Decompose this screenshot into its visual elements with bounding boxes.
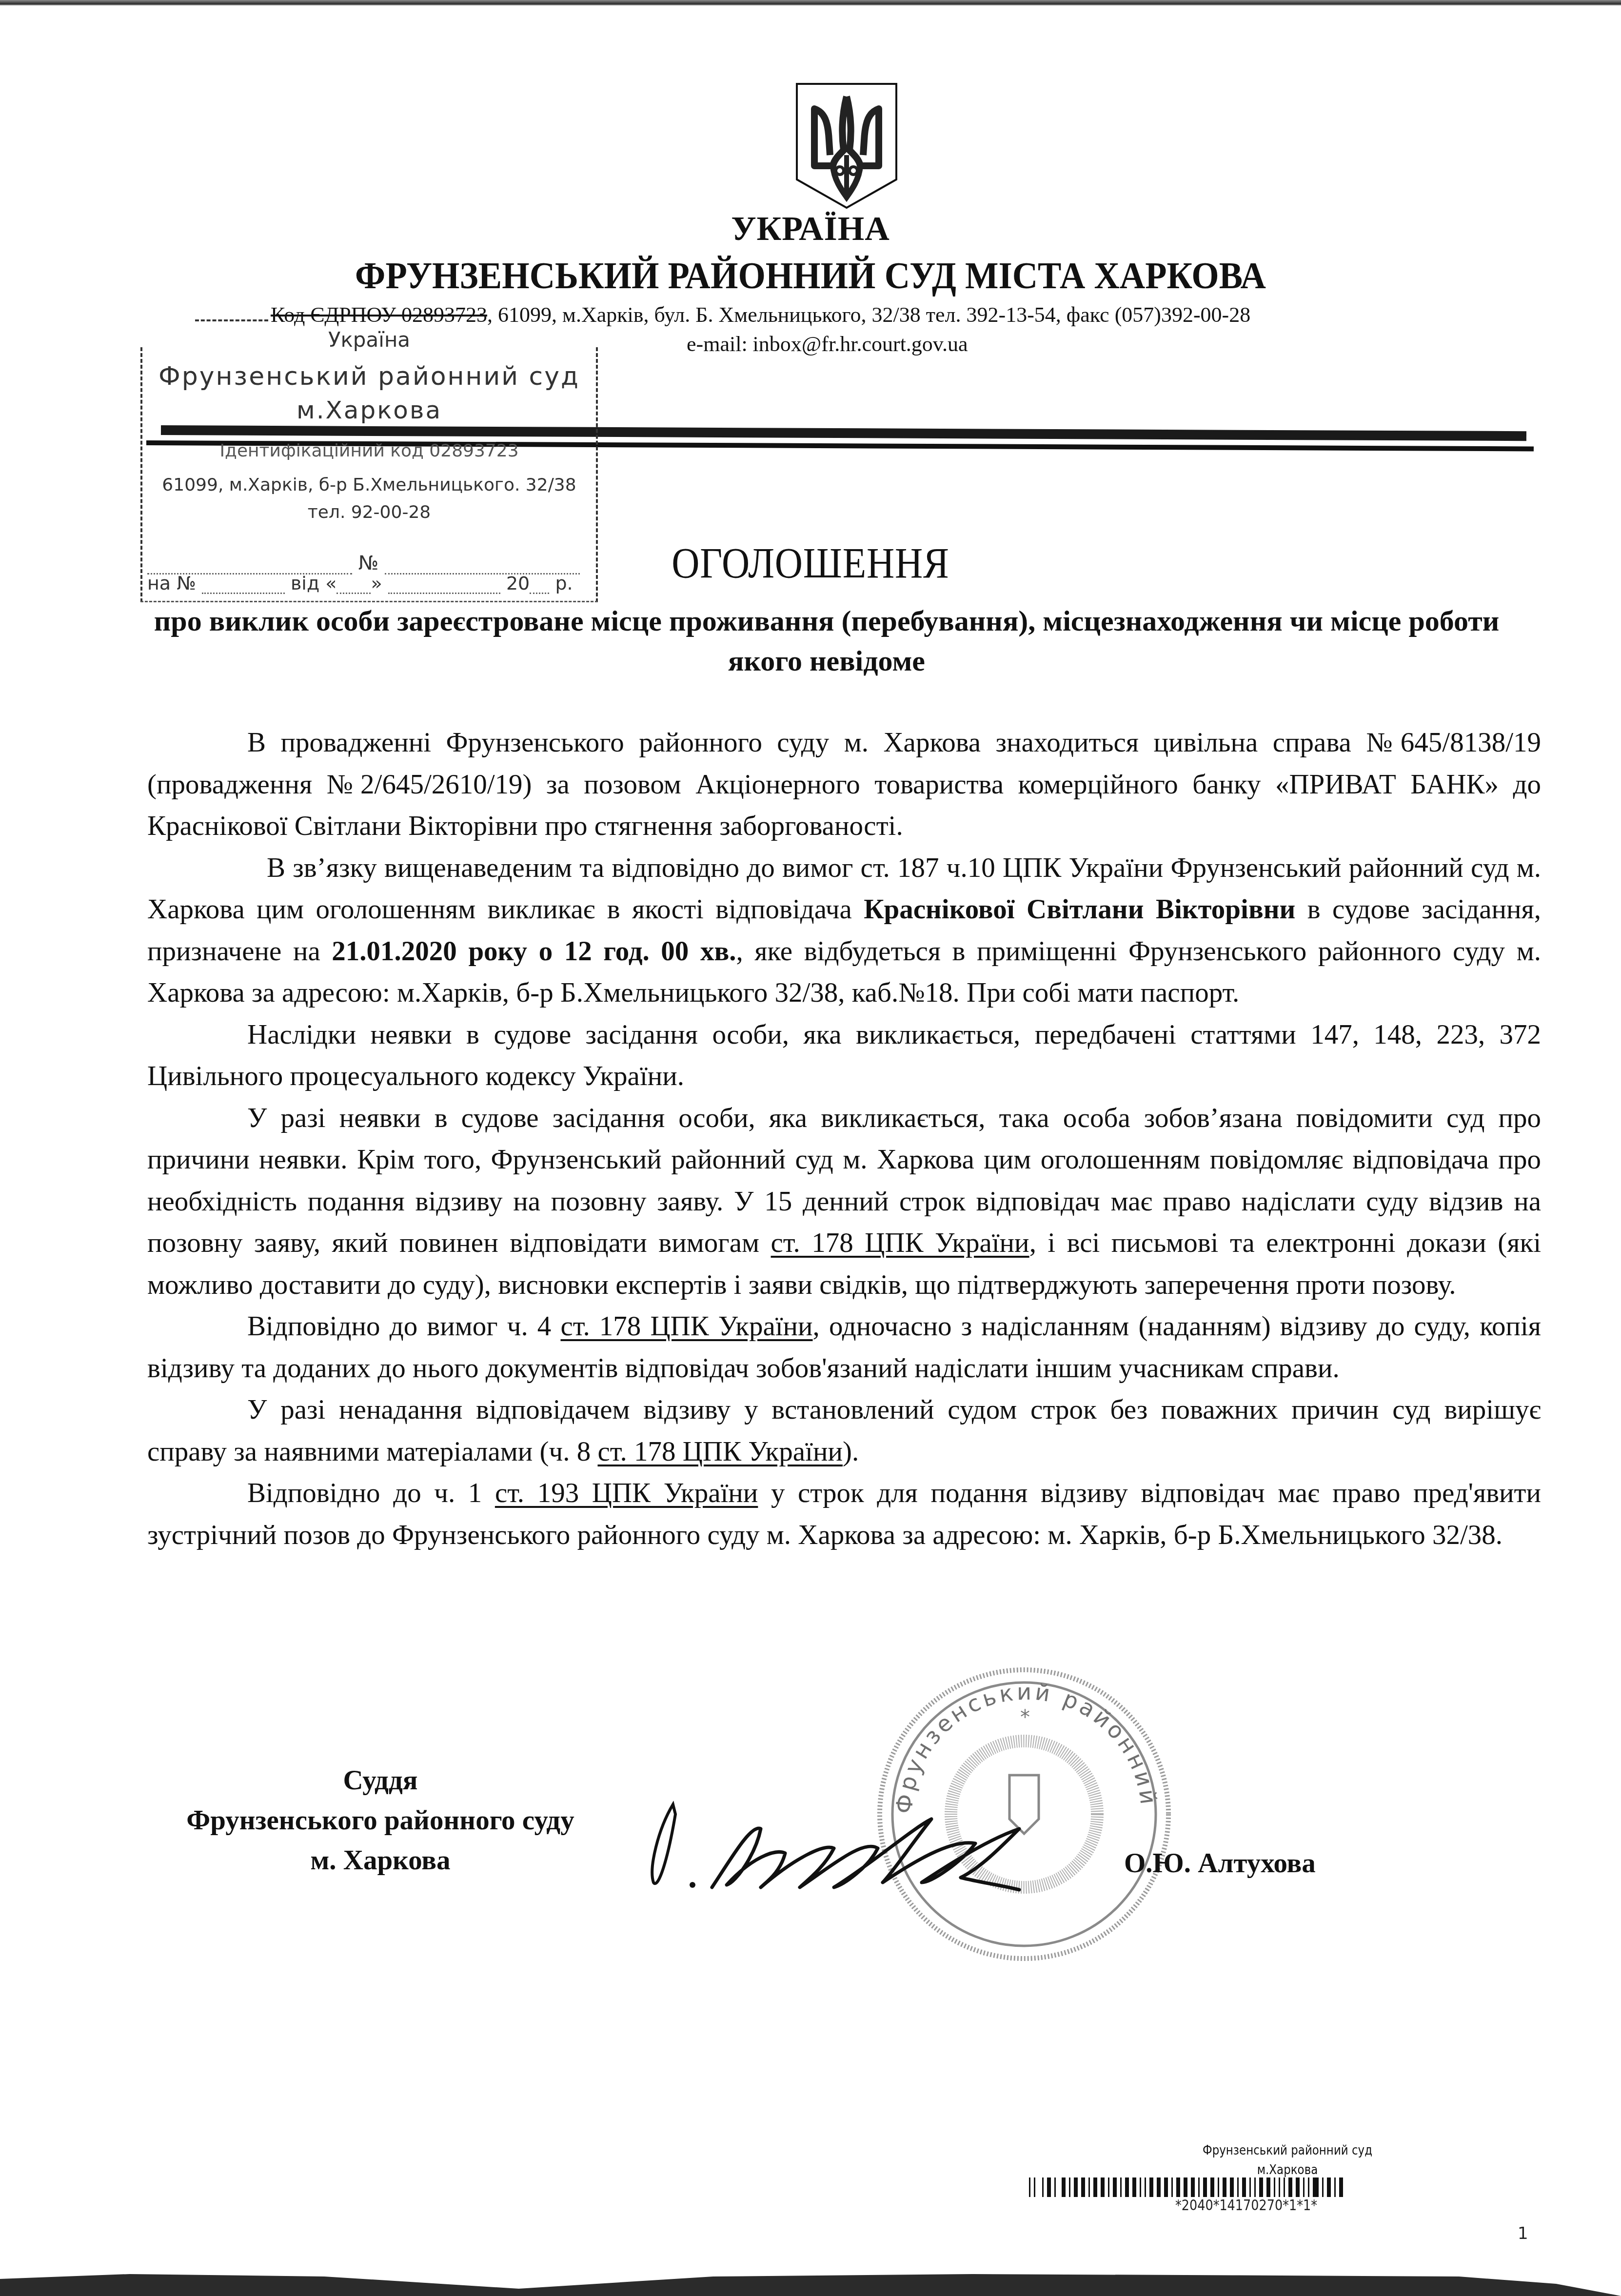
- judge-city: м. Харкова: [146, 1841, 614, 1880]
- paragraph-no-response: У разі ненадання відповідачем відзиву у …: [147, 1389, 1541, 1472]
- judge-title: Суддя: [146, 1761, 614, 1801]
- paragraph-consequences: Наслідки неявки в судове засідання особи…: [147, 1014, 1541, 1097]
- law-link-art178-a[interactable]: ст. 178 ЦПК України: [771, 1227, 1029, 1258]
- stamp-id-code: Ідентифікаційний код 02893723: [142, 441, 596, 461]
- dash-lead-line: [195, 319, 268, 321]
- svg-text:*: *: [1020, 1706, 1030, 1729]
- page-number: 1: [1518, 2224, 1528, 2243]
- svg-text:Фрунзенський районний суд м.Ха: Фрунзенський районний суд м.Харкова: [868, 1653, 1162, 1818]
- document-title: ОГОЛОШЕННЯ: [81, 539, 1540, 588]
- footer-organization: Фрунзенський районний суд м.Харкова: [1180, 2141, 1395, 2180]
- judge-position: Суддя Фрунзенського районного суду м. Ха…: [146, 1761, 614, 1880]
- copy-text-a: Відповідно до вимог ч. 4: [247, 1311, 560, 1342]
- trident-emblem-icon: [795, 82, 898, 210]
- defendant-name: Краснікової Світлани Вікторівни: [864, 894, 1295, 925]
- seal-text: Фрунзенський районний суд м.Харкова: [868, 1653, 1162, 1818]
- footer-org-line2: м.Харкова: [1180, 2160, 1395, 2180]
- document-subtitle: про виклик особи зареєстроване місце про…: [146, 601, 1507, 681]
- law-link-art178-b[interactable]: ст. 178 ЦПК України: [560, 1311, 812, 1342]
- document-body: В провадженні Фрунзенського районного су…: [147, 722, 1541, 1556]
- judge-name: О.Ю. Алтухова: [1124, 1847, 1316, 1879]
- header-email: e-mail: inbox@fr.hr.court.gov.ua: [687, 332, 968, 356]
- paragraph-copy-requirement: Відповідно до вимог ч. 4 ст. 178 ЦПК Укр…: [147, 1306, 1541, 1389]
- handwritten-signature-icon: [639, 1800, 1156, 1897]
- header-address-phone: , 61099, м.Харків, бул. Б. Хмельницького…: [487, 303, 1250, 327]
- stamp-country: Україна: [142, 328, 596, 352]
- header-country: УКРАЇНА: [0, 210, 1621, 249]
- header-contacts: Код ЄДРПОУ 02893723, 61099, м.Харків, бу…: [271, 302, 1250, 327]
- scan-edge-top: [0, 0, 1621, 6]
- footer-org-line1: Фрунзенський районний суд: [1180, 2141, 1395, 2160]
- no-response-text-b: ).: [843, 1436, 859, 1467]
- paragraph-case-info: В провадженні Фрунзенського районного су…: [147, 722, 1541, 847]
- paragraph-counterclaim: Відповідно до ч. 1 ст. 193 ЦПК України у…: [147, 1472, 1541, 1556]
- barcode-icon: [1029, 2177, 1526, 2197]
- header-court-name: ФРУНЗЕНСЬКИЙ РАЙОННИЙ СУД МІСТА ХАРКОВА: [57, 254, 1564, 297]
- law-link-art193[interactable]: ст. 193 ЦПК України: [495, 1478, 758, 1508]
- stamp-phone: тел. 92-00-28: [142, 502, 596, 522]
- judge-court: Фрунзенського районного суду: [146, 1801, 614, 1841]
- paragraph-summons: В зв’язку вищенаведеним та відповідно до…: [147, 847, 1541, 1014]
- stamp-city: м.Харкова: [142, 396, 596, 424]
- law-link-art178-c[interactable]: ст. 178 ЦПК України: [597, 1436, 842, 1467]
- stamp-court: Фрунзенський районний суд: [142, 362, 596, 391]
- barcode-text: *2040*14170270*1*1*: [1175, 2197, 1317, 2214]
- stamp-address: 61099, м.Харків, б-р Б.Хмельницького. 32…: [142, 475, 596, 495]
- header-edrpou: Код ЄДРПОУ 02893723: [271, 303, 487, 327]
- paragraph-response-notice: У разі неявки в судове засідання особи, …: [147, 1097, 1541, 1306]
- hearing-datetime: 21.01.2020 року о 12 год. 00 хв.: [332, 936, 736, 967]
- counterclaim-text-a: Відповідно до ч. 1: [247, 1478, 495, 1508]
- scan-edge-bottom: [0, 2272, 1621, 2296]
